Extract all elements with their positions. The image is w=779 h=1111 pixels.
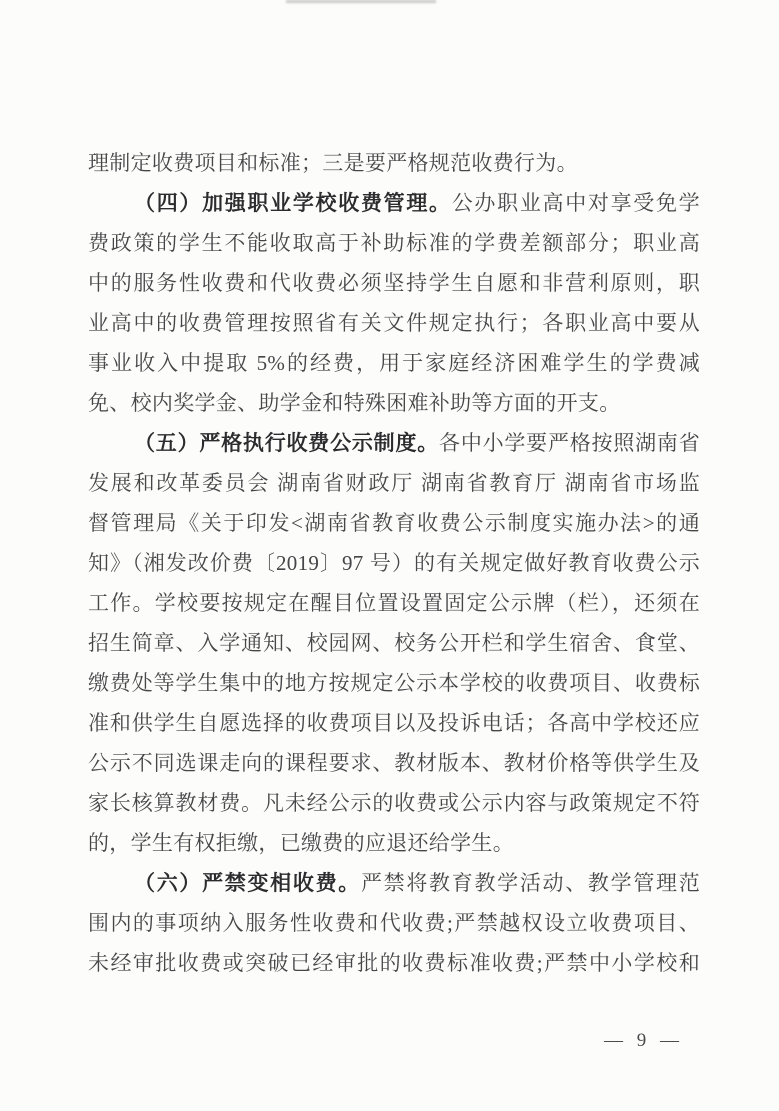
- document-page: 理制定收费项目和标准；三是要严格规范收费行为。（四）加强职业学校收费管理。公办职…: [0, 0, 779, 1111]
- text-line: （六）严禁变相收费。严禁将教育教学活动、教学管理范: [88, 863, 700, 903]
- body-text: 准和供学生自愿选择的收费项目以及投诉电话；各高中学校还应: [88, 711, 700, 735]
- text-line: 发展和改革委员会 湖南省财政厅 湖南省教育厅 湖南省市场监: [88, 463, 700, 503]
- text-line: 招生简章、入学通知、校园网、校务公开栏和学生宿舍、食堂、: [88, 623, 700, 663]
- body-text: 家长核算教材费。凡未经公示的收费或公示内容与政策规定不符: [88, 791, 700, 815]
- body-text: 免、校内奖学金、助学金和特殊困难补助等方面的开支。: [88, 391, 621, 415]
- text-line: 家长核算教材费。凡未经公示的收费或公示内容与政策规定不符: [88, 783, 700, 823]
- body-text: 理制定收费项目和标准；三是要严格规范收费行为。: [88, 151, 578, 175]
- body-text: 公办职业高中对享受免学: [452, 191, 700, 215]
- page-number: — 9 —: [604, 1030, 714, 1052]
- text-line: 中的服务性收费和代收费必须坚持学生自愿和非营利原则，职: [88, 263, 700, 303]
- text-line: 督管理局《关于印发<湖南省教育收费公示制度实施办法>的通: [88, 503, 700, 543]
- text-line: 事业收入中提取 5%的经费，用于家庭经济困难学生的学费减: [88, 343, 700, 383]
- body-text: 招生简章、入学通知、校园网、校务公开栏和学生宿舍、食堂、: [88, 631, 700, 655]
- scan-artifact: [286, 0, 436, 3]
- body-text: 发展和改革委员会 湖南省财政厅 湖南省教育厅 湖南省市场监: [88, 471, 700, 495]
- body-text: 中的服务性收费和代收费必须坚持学生自愿和非营利原则，职: [88, 271, 700, 295]
- body-text: 严禁将教育教学活动、教学管理范: [361, 871, 700, 895]
- text-line: 业高中的收费管理按照省有关文件规定执行；各职业高中要从: [88, 303, 700, 343]
- text-line: 免、校内奖学金、助学金和特殊困难补助等方面的开支。: [88, 383, 700, 423]
- text-line: 知》（湘发改价费〔2019〕97 号）的有关规定做好教育收费公示: [88, 543, 700, 583]
- text-line: 公示不同选课走向的课程要求、教材版本、教材价格等供学生及: [88, 743, 700, 783]
- body-text: 督管理局《关于印发<湖南省教育收费公示制度实施办法>的通: [88, 511, 700, 535]
- text-line: （四）加强职业学校收费管理。公办职业高中对享受免学: [88, 183, 700, 223]
- body-text: 的，学生有权拒缴，已缴费的应退还给学生。: [88, 831, 514, 855]
- heading-text: （六）严禁变相收费。: [134, 871, 361, 895]
- text-line: 费政策的学生不能收取高于补助标准的学费差额部分；职业高: [88, 223, 700, 263]
- heading-text: （四）加强职业学校收费管理。: [134, 191, 452, 215]
- heading-text: （五）严格执行收费公示制度。: [134, 431, 439, 455]
- document-body: 理制定收费项目和标准；三是要严格规范收费行为。（四）加强职业学校收费管理。公办职…: [88, 143, 700, 983]
- body-text: 费政策的学生不能收取高于补助标准的学费差额部分；职业高: [88, 231, 700, 255]
- body-text: 各中小学要严格按照湖南省: [439, 431, 700, 455]
- body-text: 缴费处等学生集中的地方按规定公示本学校的收费项目、收费标: [88, 671, 700, 695]
- body-text: 围内的事项纳入服务性收费和代收费;严禁越权设立收费项目、: [88, 911, 700, 935]
- body-text: 未经审批收费或突破已经审批的收费标准收费;严禁中小学校和: [88, 951, 700, 975]
- text-line: （五）严格执行收费公示制度。各中小学要严格按照湖南省: [88, 423, 700, 463]
- body-text: 知》（湘发改价费〔2019〕97 号）的有关规定做好教育收费公示: [88, 551, 700, 575]
- text-line: 的，学生有权拒缴，已缴费的应退还给学生。: [88, 823, 700, 863]
- text-line: 缴费处等学生集中的地方按规定公示本学校的收费项目、收费标: [88, 663, 700, 703]
- body-text: 业高中的收费管理按照省有关文件规定执行；各职业高中要从: [88, 311, 700, 335]
- text-line: 围内的事项纳入服务性收费和代收费;严禁越权设立收费项目、: [88, 903, 700, 943]
- body-text: 工作。学校要按规定在醒目位置设置固定公示牌（栏），还须在: [88, 591, 700, 615]
- text-line: 准和供学生自愿选择的收费项目以及投诉电话；各高中学校还应: [88, 703, 700, 743]
- text-line: 理制定收费项目和标准；三是要严格规范收费行为。: [88, 143, 700, 183]
- text-line: 未经审批收费或突破已经审批的收费标准收费;严禁中小学校和: [88, 943, 700, 983]
- body-text: 公示不同选课走向的课程要求、教材版本、教材价格等供学生及: [88, 751, 700, 775]
- text-line: 工作。学校要按规定在醒目位置设置固定公示牌（栏），还须在: [88, 583, 700, 623]
- body-text: 事业收入中提取 5%的经费，用于家庭经济困难学生的学费减: [88, 351, 700, 375]
